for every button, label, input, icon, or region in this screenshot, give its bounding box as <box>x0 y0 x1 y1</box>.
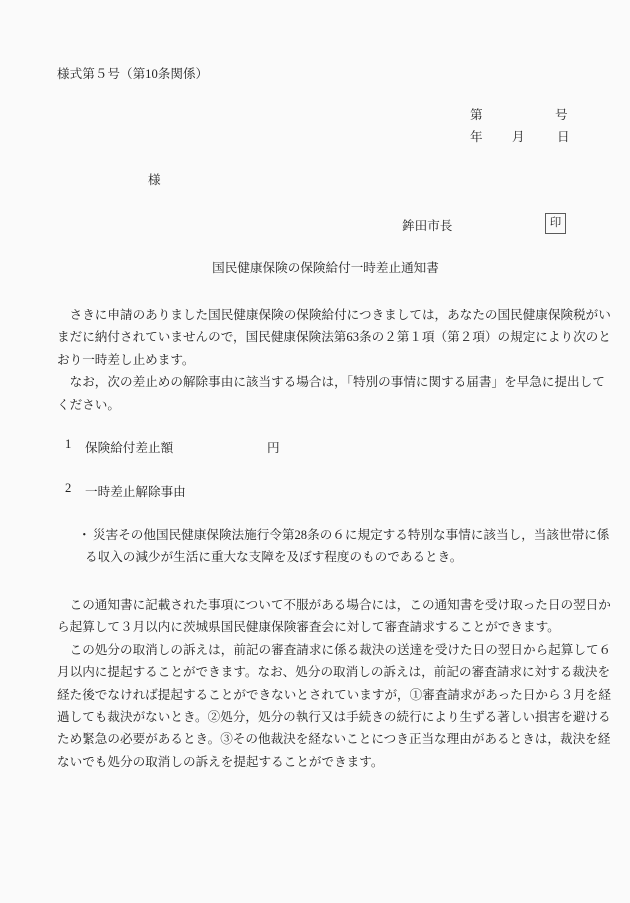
appeal-line: 経た後でなければ提起することができないとされていますが，①審査請求があった日から… <box>57 684 594 706</box>
intro-line: おり一時差し止めます。 <box>57 349 594 371</box>
item2-number: 2 <box>65 481 71 496</box>
doc-number-suffix: 号 <box>555 104 568 123</box>
intro-line: ください。 <box>57 394 594 416</box>
appeal-line: ないでも処分の取消しの訴えを提起することができます。 <box>57 751 594 773</box>
intro-line: まだに納付されていませんので，国民健康保険法第63条の２第１項（第２項）の規定に… <box>57 326 594 348</box>
date-month-label: 月 <box>512 126 525 145</box>
appeal-line: 過しても裁決がないとき。②処分，処分の執行又は手続きの続行により生ずる著しい損害… <box>57 706 594 728</box>
intro-line: さきに申請のありました国民健康保険の保険給付につきましては，あなたの国民健康保険… <box>57 304 594 326</box>
doc-number-prefix: 第 <box>470 104 483 123</box>
form-number: 様式第５号（第10条関係） <box>57 63 208 82</box>
document-title: 国民健康保険の保険給付一時差止通知書 <box>57 257 594 276</box>
appeal-paragraphs: この通知書に記載された事項について不服がある場合には，この通知書を受け取った日の… <box>57 594 594 773</box>
bullet-marker: ・ <box>78 524 91 543</box>
appeal-line: ため緊急の必要があるとき。③その他裁決を経ないことにつき正当な理由があるときは，… <box>57 728 594 750</box>
issuer-name: 鉾田市長 <box>402 215 452 234</box>
appeal-line: 月以内に提起することができます。なお、処分の取消しの訴えは，前記の審査請求に対す… <box>57 661 594 683</box>
item1-number: 1 <box>65 437 71 452</box>
appeal-line: この通知書に記載された事項について不服がある場合には，この通知書を受け取った日の… <box>57 594 594 616</box>
item1-unit-yen: 円 <box>267 437 280 456</box>
appeal-line: この処分の取消しの訴えは，前記の審査請求に係る裁決の送達を受けた日の翌日から起算… <box>57 639 594 661</box>
date-day-label: 日 <box>557 126 570 145</box>
item2-label: 一時差止解除事由 <box>85 481 186 500</box>
intro-line: なお，次の差止めの解除事由に該当する場合は，「特別の事情に関する届書」を早急に提… <box>57 371 594 393</box>
seal-box: 印 <box>545 213 566 234</box>
item1-label: 保険給付差止額 <box>85 437 173 456</box>
document-page: 様式第５号（第10条関係） 第 号 年 月 日 様 鉾田市長 印 国民健康保険の… <box>0 0 630 903</box>
intro-paragraphs: さきに申請のありました国民健康保険の保険給付につきましては，あなたの国民健康保険… <box>57 304 594 416</box>
bullet-text-line: 災害その他国民健康保険法施行令第28条の６に規定する特別な事情に該当し，当該世帯… <box>93 524 609 543</box>
recipient-honorific: 様 <box>148 169 161 188</box>
appeal-line: ら起算して３月以内に茨城県国民健康保険審査会に対して審査請求することができます。 <box>57 616 594 638</box>
date-year-label: 年 <box>470 126 483 145</box>
bullet-text-line: る収入の減少が生活に重大な支障を及ぼす程度のものであるとき。 <box>85 546 462 565</box>
seal-label: 印 <box>550 218 562 230</box>
